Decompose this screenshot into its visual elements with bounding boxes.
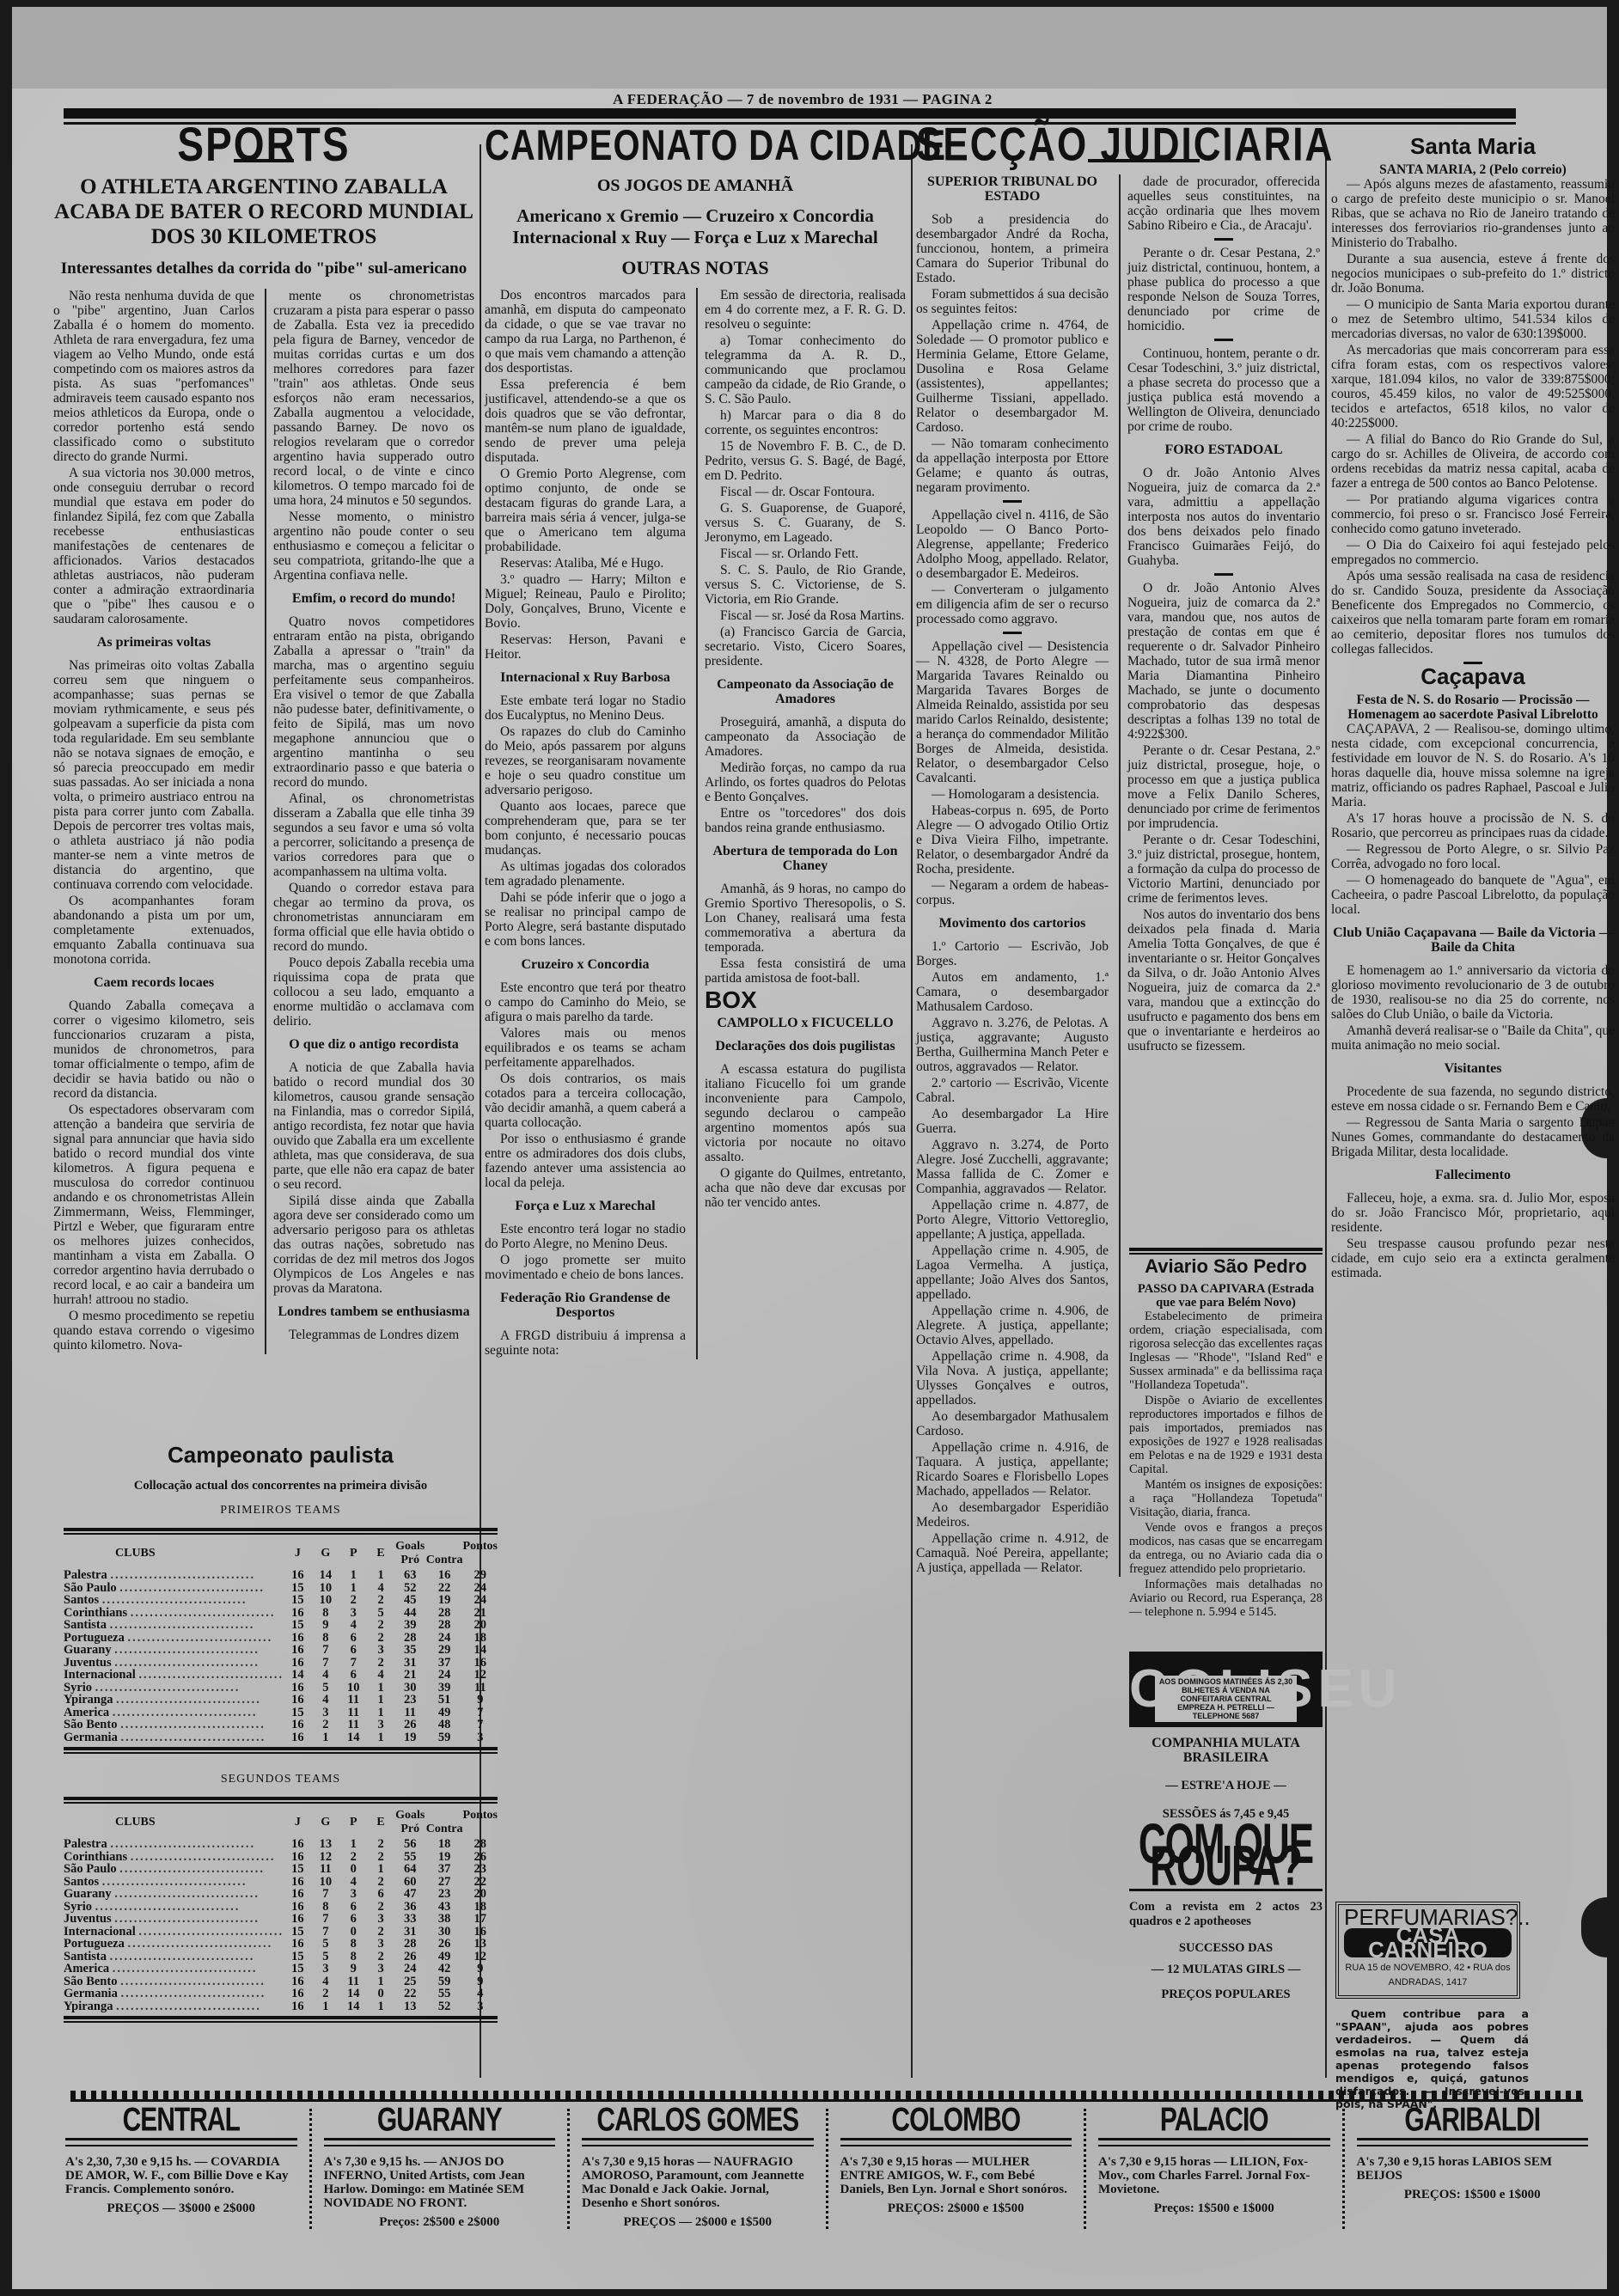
subheading: Força e Luz x Marechal [485, 1199, 686, 1213]
paragraph: Medirão forças, no campo da rua Arlindo,… [705, 760, 906, 804]
cell-g: 2 [312, 1719, 339, 1731]
cell-e: 5 [367, 1607, 394, 1620]
casa-carneiro-logo: CASA CARNEIRO [1344, 1928, 1512, 1957]
regional-column: Santa Maria SANTA MARIA, 2 (Pelo correio… [1331, 134, 1615, 1282]
cell-g: 4 [312, 1669, 339, 1682]
cell-j: 15 [284, 1963, 311, 1975]
col-contra: Contra [426, 1807, 463, 1838]
cell-pontos: 18 [463, 1632, 498, 1645]
paragraph: Amanhã deverá realisar-se o "Baile da Ch… [1331, 1023, 1615, 1053]
paragraph: As mercadorias que mais concorreram para… [1331, 343, 1615, 430]
table-row: São Paulo ..............................… [64, 1582, 498, 1595]
club-name: America .............................. [64, 1707, 284, 1719]
club-name: Ypiranga .............................. [64, 1694, 284, 1707]
cell-j: 15 [284, 1707, 311, 1719]
subheading: Movimento dos cartorios [916, 916, 1109, 931]
paragraph: Appellação crime n. 4.877, de Porto Aleg… [916, 1198, 1109, 1242]
cinema-program: A's 2,30, 7,30 e 9,15 hs. — COVARDIA DE … [65, 2155, 297, 2196]
cell-j: 16 [284, 1988, 311, 2000]
paragraph: — Após alguns mezes de afastamento, reas… [1331, 177, 1615, 250]
table-rule [64, 1528, 498, 1535]
cell-g: 10 [312, 1876, 339, 1889]
cell-g: 5 [312, 1951, 339, 1963]
paragraph: Quanto aos locaes, parece que comprehend… [485, 799, 686, 858]
cell-j: 16 [284, 1569, 311, 1582]
paragraph: — O Dia do Caixeiro foi aqui festejado p… [1331, 538, 1615, 567]
cell-pro: 60 [394, 1876, 426, 1889]
perfumarias-box: PERFUMARIAS?.. CASA CARNEIRO RUA 15 de N… [1335, 1902, 1520, 1999]
col-e: E [367, 1807, 394, 1838]
paragraph: O dr. João Antonio Alves Nogueira, juiz … [1127, 581, 1320, 742]
cell-g: 2 [312, 1988, 339, 2000]
paragraph: Aggravo n. 3.274, de Porto Alegre. José … [916, 1138, 1109, 1196]
campeonato-paulista-table: Campeonato paulista Collocação actual do… [64, 1433, 498, 2026]
cell-pontos: 21 [463, 1607, 498, 1620]
coliseu-company: COMPANHIA MULATA BRASILEIRA [1129, 1736, 1323, 1765]
paragraph: Appellação crime n. 4.905, de Lagoa Verm… [916, 1243, 1109, 1302]
cell-contra: 27 [426, 1876, 463, 1889]
club-name: Germania .............................. [64, 1731, 284, 1744]
paragraph: G. S. Guaporense, de Guaporé, versus S. … [705, 501, 906, 545]
subheading: Abertura de temporada do Lon Chaney [705, 844, 906, 873]
paragraph: Habeas-corpus n. 695, de Porto Alegre — … [916, 803, 1109, 876]
divider [324, 2138, 556, 2146]
cell-e: 3 [367, 1963, 394, 1975]
paragraph: Perante o dr. Cesar Todeschini, 3.º juiz… [1127, 833, 1320, 906]
section-title-judiciaria: SECÇÃO JUDICIARIA [916, 136, 1320, 154]
cinema-program: A's 7,30 e 9,15 horas — NAUFRAGIO AMOROS… [582, 2155, 814, 2210]
paragraph: Fiscal — sr. José da Rosa Martins. [705, 608, 906, 623]
paragraph: Afinal, os chronometristas disseram a Za… [273, 791, 474, 879]
cell-j: 15 [284, 1926, 311, 1939]
coliseu-ad: COLISEU AOS DOMINGOS MATINÉES ÁS 2,30 BI… [1129, 1646, 1323, 2002]
paragraph: Sipilá disse ainda que Zaballa agora dev… [273, 1194, 474, 1296]
paragraph: Vende ovos e frangos a preços modicos, n… [1129, 1521, 1323, 1576]
paragraph: Este embate terá logar no Stadio dos Euc… [485, 693, 686, 723]
column-rule [1325, 144, 1327, 2078]
paragraph: Perante o dr. Cesar Pestana, 2.º juiz di… [1127, 743, 1320, 831]
cell-j: 16 [284, 1975, 311, 1988]
table-row: Santos ..............................161… [64, 1876, 498, 1889]
paragraph: Os rapazes do club do Caminho do Meio, a… [485, 724, 686, 797]
cell-g: 10 [312, 1582, 339, 1595]
paragraph: O gigante do Quilmes, entretanto, acha q… [705, 1166, 906, 1210]
cell-e: 2 [367, 1838, 394, 1851]
section-title-santa-maria: Santa Maria [1331, 139, 1615, 154]
cell-contra: 39 [426, 1682, 463, 1695]
cell-e: 1 [367, 2000, 394, 2013]
cinema-prices: Preços: 2$500 e 2$000 [324, 2215, 556, 2229]
col-g: G [312, 1807, 339, 1838]
cell-j: 16 [284, 1719, 311, 1731]
col-clubs: CLUBS [64, 1807, 284, 1838]
cell-g: 10 [312, 1594, 339, 1607]
table-row: Germania ..............................1… [64, 1988, 498, 2000]
subheading: FORO ESTADOAL [1127, 443, 1320, 457]
table-row: Syrio ..............................1651… [64, 1682, 498, 1695]
cell-e: 2 [367, 1594, 394, 1607]
cell-g: 9 [312, 1619, 339, 1632]
club-name: Internacional ..........................… [64, 1926, 284, 1939]
paragraph: A FRGD distribuiu á imprensa a seguinte … [485, 1328, 686, 1358]
cell-p: 4 [339, 1619, 367, 1632]
paragraph: — Por pratiando alguma vigarices contra … [1331, 492, 1615, 536]
cell-j: 16 [284, 1632, 311, 1645]
cell-pro: 39 [394, 1619, 426, 1632]
table-row: Internacional ..........................… [64, 1926, 498, 1939]
cell-pro: 64 [394, 1863, 426, 1876]
cinema-ad: GARIBALDIA's 7,30 e 9,15 horas LABIOS SE… [1345, 2109, 1601, 2229]
subheading: SUPERIOR TRIBUNAL DO ESTADO [916, 174, 1109, 204]
table-row: Palestra ..............................1… [64, 1569, 498, 1582]
paragraph: a) Tomar conhecimento do telegramma da A… [705, 333, 906, 406]
cell-contra: 55 [426, 1988, 463, 2000]
table-row: Ypiranga ..............................1… [64, 2000, 498, 2013]
cell-p: 9 [339, 1963, 367, 1975]
paragraph: Proseguirá, amanhã, a disputa do campeon… [705, 715, 906, 759]
cell-e: 2 [367, 1657, 394, 1670]
cell-j: 16 [284, 1851, 311, 1864]
cell-contra: 18 [426, 1838, 463, 1851]
paragraph: A escassa estatura do pugilista italiano… [705, 1062, 906, 1164]
cell-g: 4 [312, 1975, 339, 1988]
cell-pro: 47 [394, 1888, 426, 1901]
paragraph: 2.º cartorio — Escrivão, Vicente Cabral. [916, 1076, 1109, 1105]
cell-g: 8 [312, 1632, 339, 1645]
cell-j: 16 [284, 1644, 311, 1657]
table-row: Santista ..............................1… [64, 1619, 498, 1632]
cell-pro: 63 [394, 1569, 426, 1582]
cell-pontos: 13 [463, 1938, 498, 1951]
cell-pro: 28 [394, 1938, 426, 1951]
section-title-campeonato: CAMPEONATO DA CIDADE [485, 137, 906, 156]
cell-e: 1 [367, 1731, 394, 1744]
cell-e: 6 [367, 1888, 394, 1901]
cell-contra: 59 [426, 1731, 463, 1744]
cell-pontos: 9 [463, 1963, 498, 1975]
paragraph: Quatro novos competidores entraram então… [273, 614, 474, 790]
paragraph: Autos em andamento, 1.ª Camara, o desemb… [916, 970, 1109, 1014]
paragraph: A's 17 horas houve a procissão de N. S. … [1331, 811, 1615, 840]
table-title: Campeonato paulista [64, 1442, 498, 1469]
cell-pontos: 9 [463, 1694, 498, 1707]
divider [1129, 1248, 1323, 1255]
cell-pro: 31 [394, 1926, 426, 1939]
paragraph: Entre os "torcedores" dos dois bandos re… [705, 806, 906, 835]
cell-e: 2 [367, 1876, 394, 1889]
paragraph: A noticia de que Zaballa havia batido o … [273, 1060, 474, 1192]
paragraph: Aggravo n. 3.276, de Pelotas. A justiça,… [916, 1016, 1109, 1074]
paragraph: Sob a presidencia do desembargador André… [916, 212, 1109, 285]
club-name: Internacional ..........................… [64, 1669, 284, 1682]
coliseu-precos: PREÇOS POPULARES [1129, 1988, 1323, 2002]
sports-article-body: Não resta nenhuma duvida de que o "pibe"… [53, 289, 474, 1354]
subheading: O que diz o antigo recordista [273, 1037, 474, 1052]
paragraph: Quando o corredor estava para chegar ao … [273, 881, 474, 954]
cell-e: 1 [367, 1707, 394, 1719]
cell-j: 15 [284, 1863, 311, 1876]
divider [1214, 339, 1233, 341]
table-row: America ..............................15… [64, 1963, 498, 1975]
paragraph: Appellação crime n. 4764, de Soledade — … [916, 318, 1109, 435]
paragraph: O Gremio Porto Alegrense, com optimo con… [485, 467, 686, 554]
cell-e: 3 [367, 1644, 394, 1657]
paragraph: Pouco depois Zaballa recebia uma riquiss… [273, 956, 474, 1029]
cell-e: 1 [367, 1682, 394, 1695]
coliseu-revista: Com a revista em 2 actos 23 quadros e 2 … [1129, 1900, 1323, 1929]
section-title-sports: SPORTS [53, 136, 474, 153]
cell-pontos: 18 [463, 1901, 498, 1914]
club-name: Santista .............................. [64, 1619, 284, 1632]
cell-p: 3 [339, 1607, 367, 1620]
sports-column: SPORTS O ATHLETA ARGENTINO ZABALLA ACABA… [53, 134, 474, 1354]
cell-pro: 44 [394, 1607, 426, 1620]
paragraph: 3.º quadro — Harry; Milton e Miguel; Rei… [485, 572, 686, 631]
club-name: Palestra .............................. [64, 1569, 284, 1582]
cell-pro: 26 [394, 1951, 426, 1963]
divider [65, 2138, 297, 2146]
paragraph: Appellação crime n. 4.912, de Camaquã. N… [916, 1531, 1109, 1575]
table-row: America ..............................15… [64, 1707, 498, 1719]
cell-pontos: 29 [463, 1569, 498, 1582]
paragraph: — O municipio de Santa Maria exportou du… [1331, 297, 1615, 341]
cell-g: 14 [312, 1569, 339, 1582]
cell-j: 16 [284, 1682, 311, 1695]
cell-e: 1 [367, 1569, 394, 1582]
cell-p: 6 [339, 1901, 367, 1914]
scan-margin [12, 7, 1607, 89]
paragraph: Continuou, hontem, perante o dr. Cesar T… [1127, 346, 1320, 434]
subheading: Internacional x Ruy Barbosa [485, 670, 686, 685]
paragraph: Quando Zaballa começava a correr o viges… [53, 998, 254, 1101]
cinema-program: A's 7,30 e 9,15 hs. — ANJOS DO INFERNO, … [324, 2155, 556, 2210]
cell-p: 6 [339, 1644, 367, 1657]
cell-g: 13 [312, 1838, 339, 1851]
col-pontos: Pontos [463, 1807, 498, 1838]
cell-pro: 11 [394, 1707, 426, 1719]
paragraph: Foram submettidos á sua decisão os segui… [916, 287, 1109, 316]
cell-pro: 31 [394, 1657, 426, 1670]
cell-g: 7 [312, 1644, 339, 1657]
table-rule [64, 1747, 498, 1754]
cell-contra: 52 [426, 2000, 463, 2013]
cell-e: 4 [367, 1669, 394, 1682]
paragraph: Essa preferencia é bem justificavel, att… [485, 377, 686, 465]
table-row: São Bento ..............................… [64, 1719, 498, 1731]
col-pro: GoalsPró [394, 1538, 426, 1569]
segundos-teams-label: SEGUNDOS TEAMS [64, 1773, 498, 1786]
paragraph: Amanhã, ás 9 horas, no campo do Gremio S… [705, 882, 906, 955]
cell-pontos: 3 [463, 1731, 498, 1744]
cell-pro: 55 [394, 1851, 426, 1864]
club-name: Santos .............................. [64, 1594, 284, 1607]
cell-pontos: 22 [463, 1876, 498, 1889]
paragraph: Os acompanhantes foram abandonando a pis… [53, 894, 254, 967]
cell-contra: 16 [426, 1569, 463, 1582]
cinema-ad: CENTRALA's 2,30, 7,30 e 9,15 hs. — COVAR… [53, 2109, 312, 2229]
club-name: Corinthians ............................… [64, 1851, 284, 1864]
cell-j: 15 [284, 1582, 311, 1595]
cell-pro: 24 [394, 1963, 426, 1975]
cell-g: 12 [312, 1851, 339, 1864]
club-name: Santista .............................. [64, 1951, 284, 1963]
club-name: Juventus .............................. [64, 1913, 284, 1926]
page-folio: A FEDERAÇÃO — 7 de novembro de 1931 — PA… [46, 91, 1559, 108]
aviario-ad: Aviario São Pedro PASSO DA CAPIVARA (Est… [1129, 1244, 1323, 1621]
paragraph: E homenagem ao 1.º anniversario da victo… [1331, 963, 1615, 1022]
cinema-ad: PALACIOA's 7,30 e 9,15 horas — LILION, F… [1086, 2109, 1345, 2229]
cell-p: 6 [339, 1632, 367, 1645]
table-row: Germania ..............................1… [64, 1731, 498, 1744]
cinema-prices: PREÇOS — 3$000 e 2$000 [65, 2201, 297, 2215]
cell-p: 8 [339, 1938, 367, 1951]
cell-g: 4 [312, 1694, 339, 1707]
subheading: Club União Caçapavana — Baile da Victori… [1331, 925, 1615, 955]
paragraph: Não resta nenhuma duvida de que o "pibe"… [53, 289, 254, 464]
cinema-name: CENTRAL [65, 2112, 297, 2130]
cell-p: 0 [339, 1863, 367, 1876]
table-row: Guarany ..............................16… [64, 1888, 498, 1901]
cell-pontos: 28 [463, 1838, 498, 1851]
col-pro: GoalsPró [394, 1807, 426, 1838]
cell-contra: 26 [426, 1938, 463, 1951]
cell-contra: 30 [426, 1926, 463, 1939]
club-name: São Bento .............................. [64, 1719, 284, 1731]
cell-g: 5 [312, 1682, 339, 1695]
paragraph: Em sessão de directoria, realisada em 4 … [705, 288, 906, 332]
cell-g: 7 [312, 1913, 339, 1926]
paragraph: Estabelecimento de primeira ordem, criaç… [1129, 1310, 1323, 1392]
cell-j: 16 [284, 1607, 311, 1620]
cell-g: 3 [312, 1707, 339, 1719]
cell-p: 1 [339, 1569, 367, 1582]
divider [1214, 573, 1233, 576]
coliseu-girls: — 12 MULATAS GIRLS — [1129, 1963, 1323, 1977]
cell-contra: 59 [426, 1975, 463, 1988]
cell-j: 15 [284, 1594, 311, 1607]
cell-g: 8 [312, 1607, 339, 1620]
paragraph: Ao desembargador La Hire Guerra. [916, 1107, 1109, 1136]
cinema-name: CARLOS GOMES [582, 2112, 814, 2130]
paragraph: — Homologaram a desistencia. [916, 787, 1109, 802]
paragraph: (a) Francisco Garcia de Garcia, secretar… [705, 625, 906, 669]
box-heading: BOX [705, 992, 906, 1007]
cinema-prices: Preços: 1$500 e 1$000 [1098, 2201, 1330, 2215]
cell-contra: 19 [426, 1594, 463, 1607]
cinema-prices: PREÇOS: 1$500 e 1$000 [1357, 2188, 1589, 2201]
cell-contra: 24 [426, 1669, 463, 1682]
paragraph: h) Marcar para o dia 8 do corrente, os s… [705, 408, 906, 437]
cell-j: 16 [284, 1901, 311, 1914]
paragraph: Este encontro que terá por theatro o cam… [485, 980, 686, 1024]
cell-pontos: 14 [463, 1644, 498, 1657]
paragraph: Informações mais detalhadas no Aviario o… [1129, 1578, 1323, 1619]
cell-g: 8 [312, 1901, 339, 1914]
cell-contra: 24 [426, 1632, 463, 1645]
cell-j: 16 [284, 1938, 311, 1951]
newspaper-page: A FEDERAÇÃO — 7 de novembro de 1931 — PA… [12, 7, 1607, 2289]
paragraph: O jogo promette ser muito movimentado e … [485, 1253, 686, 1282]
table-row: Palestra ..............................1… [64, 1838, 498, 1851]
club-name: Guarany .............................. [64, 1888, 284, 1901]
table-row: São Bento ..............................… [64, 1975, 498, 1988]
cell-j: 16 [284, 1657, 311, 1670]
cell-g: 7 [312, 1926, 339, 1939]
table-row: Portugueza .............................… [64, 1632, 498, 1645]
jogos-title: OS JOGOS DE AMANHÃ [485, 176, 906, 195]
divider [1357, 2138, 1589, 2146]
cell-pontos: 20 [463, 1619, 498, 1632]
cell-p: 1 [339, 1838, 367, 1851]
cell-contra: 29 [426, 1644, 463, 1657]
subheading: Federação Rio Grandense de Desportos [485, 1291, 686, 1320]
divider [582, 2138, 814, 2146]
subheading: Cruzeiro x Concordia [485, 957, 686, 972]
segundos-teams-table: CLUBS J G P E GoalsPró Contra Pontos Pal… [64, 1807, 498, 2012]
cell-pontos: 16 [463, 1657, 498, 1670]
cinema-ad: GUARANYA's 7,30 e 9,15 hs. — ANJOS DO IN… [312, 2109, 571, 2229]
paragraph: Fiscal — sr. Orlando Fett. [705, 547, 906, 561]
paragraph: A sua victoria nos 30.000 metros, onde c… [53, 466, 254, 626]
cell-e: 1 [367, 1694, 394, 1707]
club-name: Germania .............................. [64, 1988, 284, 2000]
cell-contra: 37 [426, 1657, 463, 1670]
divider [840, 2138, 1072, 2146]
matches-headline: Americano x Gremio — Cruzeiro x Concordi… [485, 205, 906, 248]
table-row: Syrio ..............................1686… [64, 1901, 498, 1914]
cell-contra: 48 [426, 1719, 463, 1731]
cell-e: 4 [367, 1582, 394, 1595]
cell-j: 15 [284, 1951, 311, 1963]
cell-j: 16 [284, 1731, 311, 1744]
club-name: Syrio .............................. [64, 1682, 284, 1695]
cinema-ad: COLOMBOA's 7,30 e 9,15 horas — MULHER EN… [828, 2109, 1087, 2229]
subheading: Declarações dos dois pugilistas [705, 1039, 906, 1053]
cinema-prices: PREÇOS — 2$000 e 1$500 [582, 2215, 814, 2229]
cell-p: 2 [339, 1594, 367, 1607]
paragraph: As ultimas jogadas dos colorados tem agr… [485, 859, 686, 888]
primeiros-teams-table: CLUBS J G P E GoalsPró Contra Pontos Pal… [64, 1538, 498, 1743]
paragraph: Ao desembargador Mathusalem Cardoso. [916, 1409, 1109, 1438]
cell-pro: 33 [394, 1913, 426, 1926]
subheading: CAMPOLLO x FICUCELLO [705, 1016, 906, 1030]
cell-pontos: 23 [463, 1863, 498, 1876]
table-row: Santista ..............................1… [64, 1951, 498, 1963]
coliseu-logo: COLISEU AOS DOMINGOS MATINÉES ÁS 2,30 BI… [1129, 1652, 1323, 1727]
cell-pro: 52 [394, 1582, 426, 1595]
cinema-row: CENTRALA's 2,30, 7,30 e 9,15 hs. — COVAR… [53, 2109, 1600, 2229]
cell-p: 11 [339, 1694, 367, 1707]
divider [1003, 632, 1022, 634]
cell-g: 11 [312, 1863, 339, 1876]
cell-p: 4 [339, 1876, 367, 1889]
cell-contra: 23 [426, 1888, 463, 1901]
cell-pro: 22 [394, 1988, 426, 2000]
paragraph: Os espectadores observaram com attenção … [53, 1102, 254, 1307]
cell-j: 16 [284, 1913, 311, 1926]
cell-e: 2 [367, 1951, 394, 1963]
subheading: Fallecimento [1331, 1168, 1615, 1182]
cell-contra: 19 [426, 1851, 463, 1864]
perfumarias-ad: PERFUMARIAS?.. CASA CARNEIRO RUA 15 de N… [1335, 1893, 1529, 2112]
outras-notas-title: OUTRAS NOTAS [485, 259, 906, 278]
paragraph: O mesmo procedimento se repetiu quando e… [53, 1309, 254, 1353]
paragraph: — Negaram a ordem de habeas-corpus. [916, 878, 1109, 907]
club-name: São Paulo .............................. [64, 1582, 284, 1595]
subheading: Visitantes [1331, 1061, 1615, 1076]
cell-j: 16 [284, 2000, 311, 2013]
cell-pro: 23 [394, 1694, 426, 1707]
